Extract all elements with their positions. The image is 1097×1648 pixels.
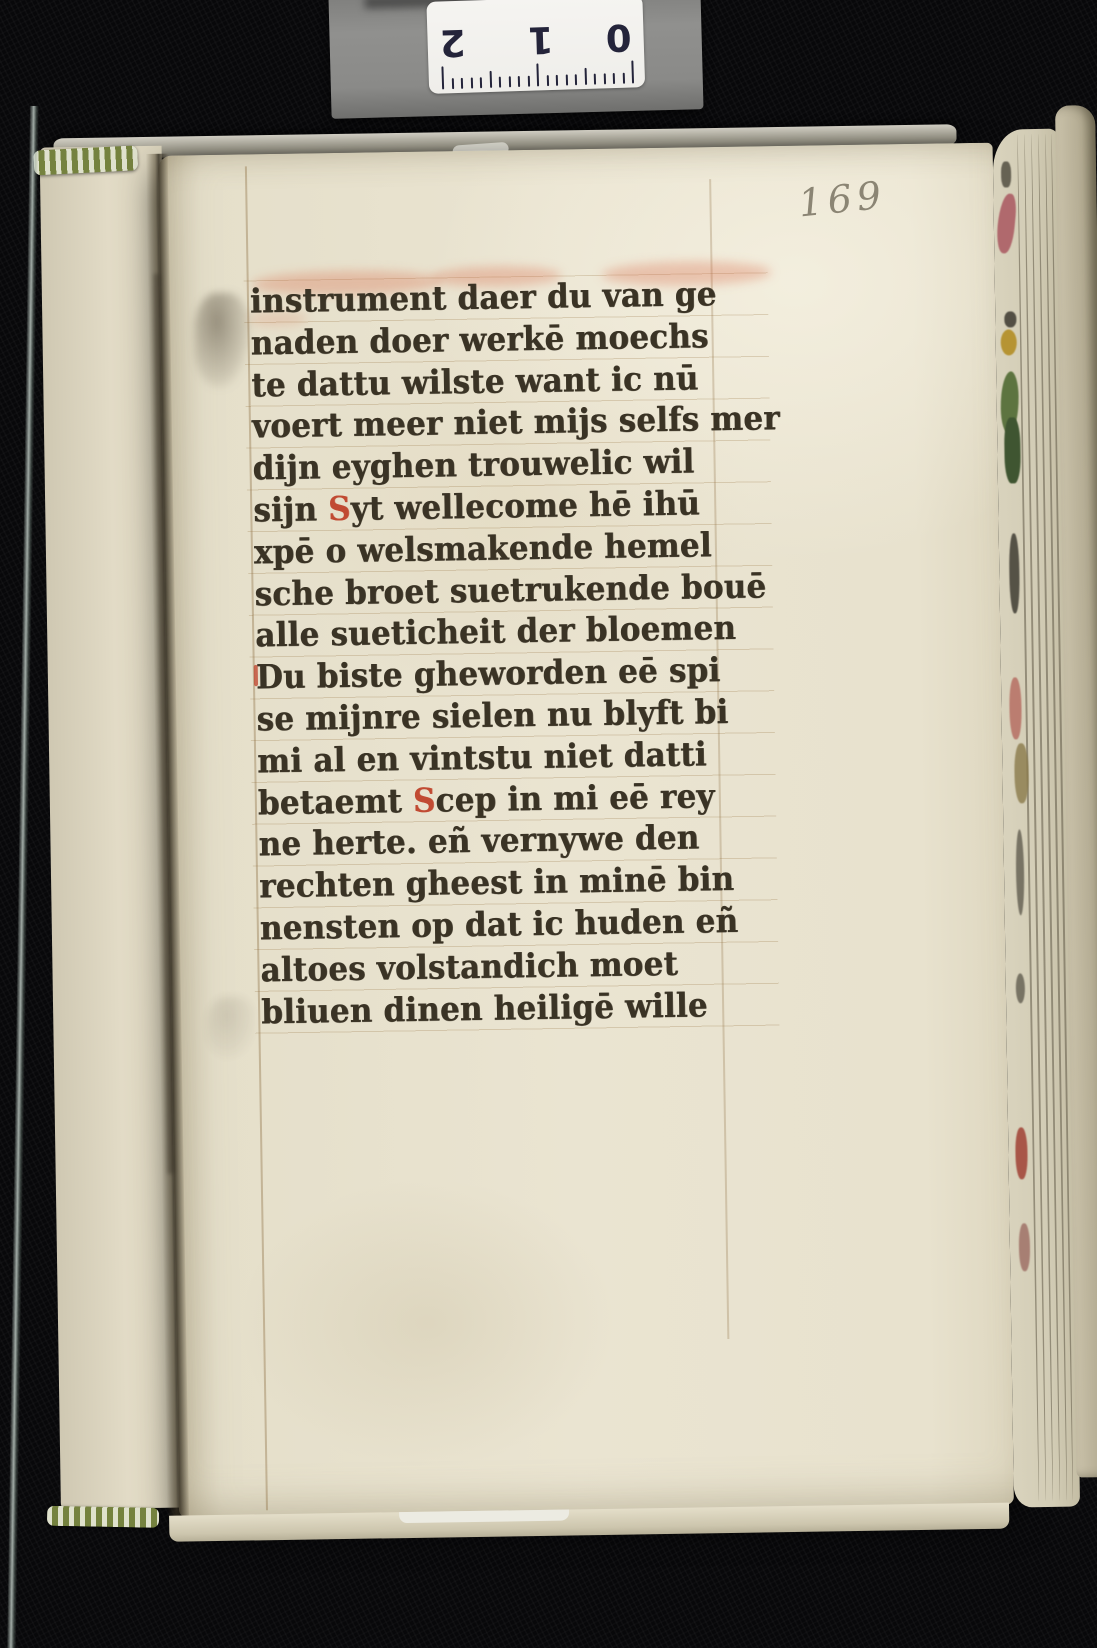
folio-number: 169 [796,173,888,226]
text-segment: S [413,781,436,820]
text-segment: ne herte. eñ vernywe den [258,819,699,864]
endband-top [33,145,138,175]
text-segment: cep in mi eē rey [435,777,715,820]
fore-edge-pink-stroke [1009,677,1022,739]
ruler-tick [480,77,483,88]
ruler-tick [594,74,597,85]
text-segment: bliuen dinen heiligē wille [261,986,708,1032]
ruler-number-1: 1 [519,18,562,62]
ruler-tick [499,77,502,88]
ruler-tick [461,78,464,89]
fore-edge-penwork [1001,161,1011,187]
fore-edge-pink-stroke [1019,1223,1031,1271]
fore-edge-dark-green-leaf [1004,417,1021,483]
fore-edge-red-stroke [1015,1127,1028,1179]
ink-offset-ghost [207,996,256,1059]
text-block: instrument daer du van genaden doer werk… [250,272,790,1033]
text-segment: naden doer werkē moechs [250,317,709,363]
ruler-number-0: 0 [597,15,640,59]
text-line: bliuen dinen heiligē wille [261,983,789,1036]
ruler-tick [575,74,578,85]
ruler-tick [518,76,521,87]
ruler-tick [584,68,587,85]
ink-offset-ghost [194,292,252,389]
text-segment: D [256,658,284,697]
ruler-tick [451,78,454,89]
text-segment: rechten gheest in minē bin [259,860,735,906]
scale-ruler: 2 1 0 [426,0,645,94]
ruler-tick [546,75,549,86]
text-segment: sijn [253,490,328,530]
text-segment: instrument daer du van ge [250,275,717,321]
ruler-tick [622,73,625,84]
ruler-tick [527,76,530,87]
fore-edge-penwork [1009,533,1020,613]
ruler-tick [631,60,634,83]
ruler-tick [556,75,559,86]
ruler-tick [508,76,511,87]
ruler-ticks [441,58,636,89]
text-segment: dijn eyghen trouwelic wil [252,443,694,488]
fore-edge-penwork [1016,973,1025,1003]
ruler-tick [441,66,444,89]
text-segment: nensten op dat ic huden eñ [260,902,739,948]
fore-edge-yellow-flower [1001,329,1017,355]
ruler-tick [613,73,616,84]
text-segment: xpē o welsmakende hemel [254,526,712,572]
fore-edge-penwork [1004,311,1016,327]
ruler-tick [470,77,473,88]
text-segment: betaemt [258,782,414,823]
ruler-tick [536,63,539,86]
ruler-tick [489,71,492,88]
text-segment: u biste gheworden eē spi [283,651,721,696]
text-segment: S [328,490,351,529]
text-segment: altoes volstandich moet [260,945,678,990]
endband-bottom [47,1506,159,1528]
fore-edge-penwork [1015,829,1024,915]
text-segment: se mijnre sielen nu blyft bi [256,693,728,739]
manuscript-page: 169 instrument daer du van genaden doer … [158,143,1014,1518]
text-segment: yt wellecome hē ihū [350,484,700,528]
text-segment: te dattu wilste want ic nū [251,359,699,405]
ruler-tick [565,74,568,85]
text-segment: alle sueticheit der bloemen [255,609,736,655]
photo-backdrop: 169 instrument daer du van genaden doer … [0,0,1097,1648]
scale-ruler-assembly: 2 1 0 [328,0,703,119]
open-book: 169 instrument daer du van genaden doer … [0,0,1097,1648]
fore-edge-olive-smear [1014,743,1029,803]
text-segment: mi al en vintstu niet datti [257,735,707,781]
ruler-number-2: 2 [431,20,474,64]
fore-edge-pink-leaf [995,193,1017,254]
ruler-tick [603,73,606,84]
